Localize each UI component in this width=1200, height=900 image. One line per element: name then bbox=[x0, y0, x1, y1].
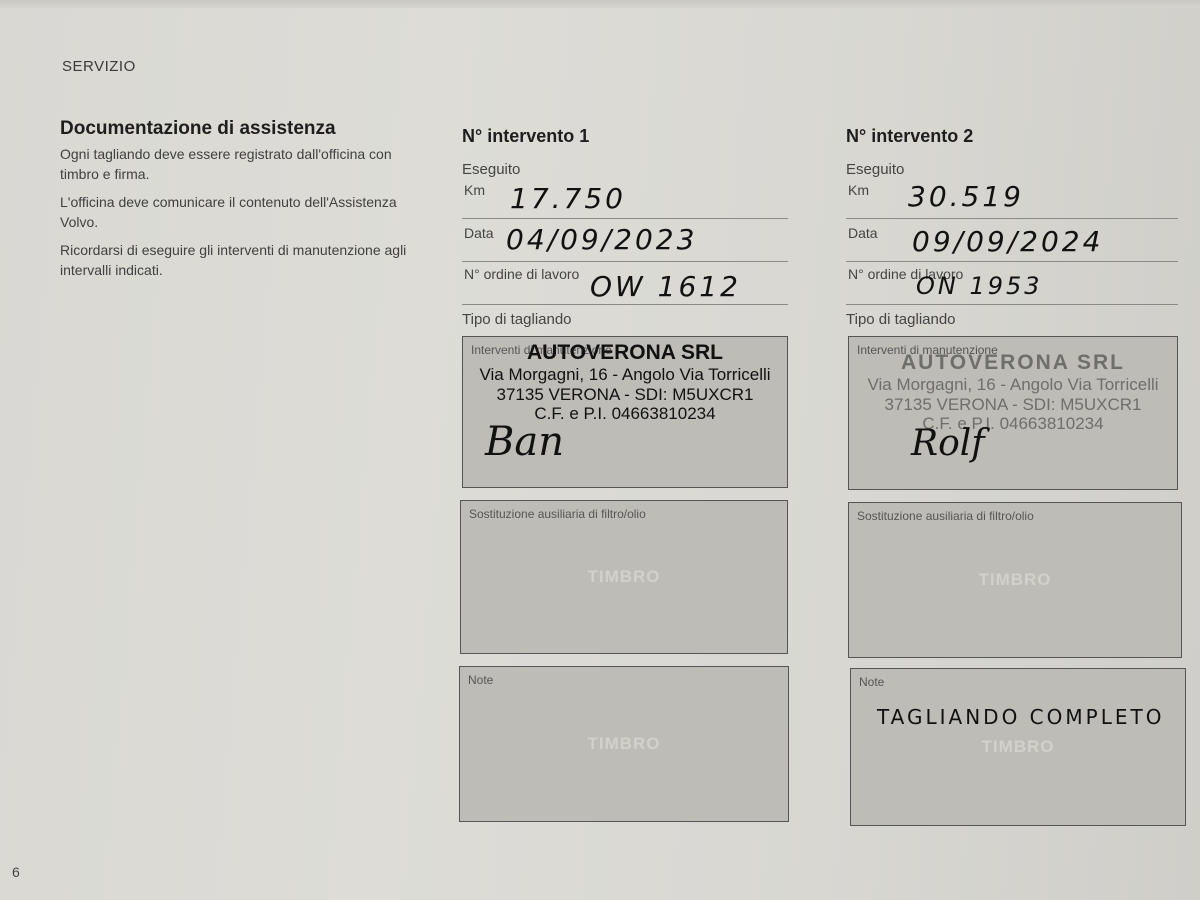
date-value: 04/09/2023 bbox=[506, 223, 697, 256]
km-value: 17.750 bbox=[510, 182, 626, 215]
stamp-placeholder: TIMBRO bbox=[460, 734, 788, 754]
stamp-name: AUTOVERONA SRL bbox=[463, 341, 787, 365]
workshop-stamp: AUTOVERONA SRL Via Morgagni, 16 - Angolo… bbox=[463, 341, 787, 424]
km-label: Km bbox=[848, 182, 869, 198]
date-value: 09/09/2024 bbox=[912, 225, 1103, 258]
work-order-value: ON 1953 bbox=[916, 272, 1043, 300]
stamp-name: AUTOVERONA SRL bbox=[849, 351, 1177, 375]
intro-title: Documentazione di assistenza bbox=[60, 118, 430, 140]
stamp-placeholder: TIMBRO bbox=[849, 570, 1181, 590]
tipo-label: Tipo di tagliando bbox=[462, 311, 788, 328]
intro-paragraph: L'officina deve comunicare il contenuto … bbox=[60, 192, 430, 232]
km-field[interactable]: Km 30.519 bbox=[846, 180, 1178, 219]
box-label: Note bbox=[859, 675, 884, 689]
stamp-address: Via Morgagni, 16 - Angolo Via Torricelli bbox=[849, 375, 1177, 395]
date-field[interactable]: Data 04/09/2023 bbox=[462, 219, 788, 262]
stamp-city: 37135 VERONA - SDI: M5UXCR1 bbox=[463, 385, 787, 405]
box-label: Sostituzione ausiliaria di filtro/olio bbox=[857, 509, 1034, 523]
work-order-field[interactable]: N° ordine di lavoro ON 1953 bbox=[846, 262, 1178, 305]
intro-paragraph: Ogni tagliando deve essere registrato da… bbox=[60, 144, 430, 184]
box-label: Note bbox=[468, 673, 493, 687]
filter-oil-box-2[interactable]: Sostituzione ausiliaria di filtro/olio T… bbox=[848, 502, 1182, 658]
stamp-address: Via Morgagni, 16 - Angolo Via Torricelli bbox=[463, 365, 787, 385]
signature: Ban bbox=[485, 419, 564, 465]
intro-paragraph: Ricordarsi di eseguire gli interventi di… bbox=[60, 240, 430, 280]
maintenance-stamp-box-2[interactable]: Interventi di manutenzione AUTOVERONA SR… bbox=[848, 336, 1178, 490]
stamp-placeholder: TIMBRO bbox=[851, 737, 1185, 757]
intro-block: Documentazione di assistenza Ogni taglia… bbox=[60, 118, 430, 288]
work-order-field[interactable]: N° ordine di lavoro OW 1612 bbox=[462, 262, 788, 305]
eseguito-label: Eseguito bbox=[846, 161, 1178, 178]
km-label: Km bbox=[464, 182, 485, 198]
intervention-title: N° intervento 1 bbox=[462, 126, 788, 147]
stamp-placeholder: TIMBRO bbox=[461, 567, 787, 587]
signature: Rolf bbox=[911, 423, 985, 464]
work-order-value: OW 1612 bbox=[590, 270, 741, 303]
intervention-2: N° intervento 2 Eseguito Km 30.519 Data … bbox=[846, 126, 1178, 328]
km-field[interactable]: Km 17.750 bbox=[462, 180, 788, 219]
service-booklet-page: SERVIZIO Documentazione di assistenza Og… bbox=[0, 8, 1200, 900]
date-field[interactable]: Data 09/09/2024 bbox=[846, 219, 1178, 262]
box-label: Sostituzione ausiliaria di filtro/olio bbox=[469, 507, 646, 521]
intervention-title: N° intervento 2 bbox=[846, 126, 1178, 147]
filter-oil-box-1[interactable]: Sostituzione ausiliaria di filtro/olio T… bbox=[460, 500, 788, 654]
workshop-stamp: AUTOVERONA SRL Via Morgagni, 16 - Angolo… bbox=[849, 351, 1177, 434]
eseguito-label: Eseguito bbox=[462, 161, 788, 178]
section-label: SERVIZIO bbox=[62, 58, 136, 75]
notes-box-2[interactable]: Note TIMBRO TAGLIANDO COMPLETO bbox=[850, 668, 1186, 826]
page-number: 6 bbox=[12, 864, 20, 880]
maintenance-stamp-box-1[interactable]: Interventi di manutenzione AUTOVERONA SR… bbox=[462, 336, 788, 488]
date-label: Data bbox=[848, 225, 878, 241]
tipo-label: Tipo di tagliando bbox=[846, 311, 1178, 328]
km-value: 30.519 bbox=[908, 180, 1024, 213]
stamp-city: 37135 VERONA - SDI: M5UXCR1 bbox=[849, 395, 1177, 415]
work-order-label: N° ordine di lavoro bbox=[464, 266, 579, 282]
intervention-1: N° intervento 1 Eseguito Km 17.750 Data … bbox=[462, 126, 788, 328]
handwritten-note: TAGLIANDO COMPLETO bbox=[877, 705, 1164, 729]
stamp-tax: C.F. e P.I. 04663810234 bbox=[849, 414, 1177, 434]
date-label: Data bbox=[464, 225, 494, 241]
notes-box-1[interactable]: Note TIMBRO bbox=[459, 666, 789, 822]
